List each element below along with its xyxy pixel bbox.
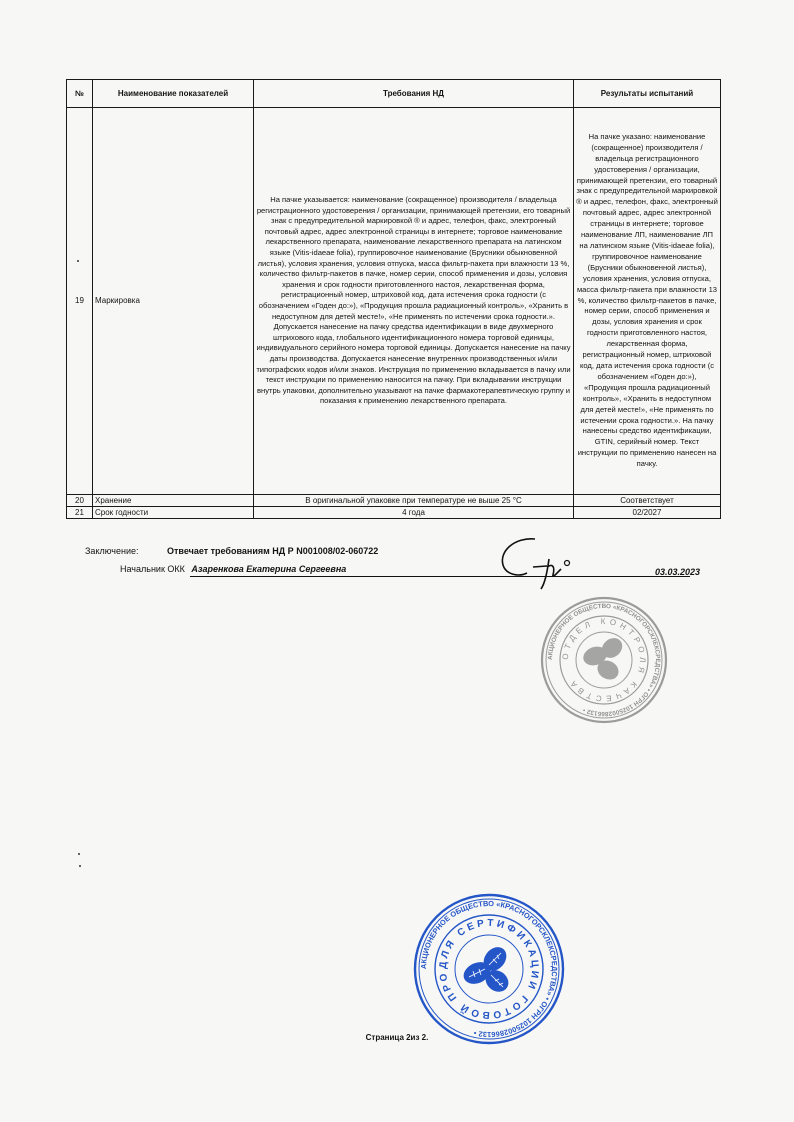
row-requirement: 4 года xyxy=(254,507,574,519)
row-name: Срок годности xyxy=(93,507,254,519)
header-requirement: Требования НД xyxy=(254,80,574,108)
row-name: Маркировка xyxy=(93,108,254,495)
certification-stamp: АКЦИОНЕРНОЕ ОБЩЕСТВО «КРАСНОГОРСКЛЕКСРЕД… xyxy=(413,893,565,1045)
row-num: 20 xyxy=(67,495,93,507)
table-row: 21 Срок годности 4 года 02/2027 xyxy=(67,507,721,519)
row-requirement: На пачке указывается: наименование (сокр… xyxy=(254,108,574,495)
conclusion: Заключение: Отвечает требованиям НД Р N0… xyxy=(85,546,378,556)
document-page: № Наименование показателей Требования НД… xyxy=(0,0,794,1122)
row-num: 21 xyxy=(67,507,93,519)
signature-date: 03.03.2023 xyxy=(655,567,700,577)
row-requirement: В оригинальной упаковке при температуре … xyxy=(254,495,574,507)
signatory-name: Азаренкова Екатерина Сергеевна xyxy=(191,564,346,574)
row-num: 19 xyxy=(67,108,93,495)
conclusion-label: Заключение: xyxy=(85,546,138,556)
conclusion-text: Отвечает требованиям НД Р N001008/02-060… xyxy=(167,546,378,556)
scan-speck xyxy=(77,260,79,262)
page-number: Страница 2из 2. xyxy=(0,1033,794,1042)
test-results-table: № Наименование показателей Требования НД… xyxy=(66,79,721,519)
table-row: 20 Хранение В оригинальной упаковке при … xyxy=(67,495,721,507)
signature-line xyxy=(190,576,690,577)
table-row: 19 Маркировка На пачке указывается: наим… xyxy=(67,108,721,495)
table-header-row: № Наименование показателей Требования НД… xyxy=(67,80,721,108)
header-result: Результаты испытаний xyxy=(574,80,721,108)
header-name: Наименование показателей xyxy=(93,80,254,108)
row-result: 02/2027 xyxy=(574,507,721,519)
header-num: № xyxy=(67,80,93,108)
scan-speck xyxy=(78,853,80,855)
scan-speck xyxy=(79,865,81,867)
qc-department-stamp: АКЦИОНЕРНОЕ ОБЩЕСТВО «КРАСНОГОРСКЛЕКСРЕД… xyxy=(540,596,668,724)
handwritten-signature xyxy=(495,533,585,593)
signatory: Начальник ОКК Азаренкова Екатерина Серге… xyxy=(120,564,346,574)
row-result: На пачке указано: наименование (сокращен… xyxy=(574,108,721,495)
row-name: Хранение xyxy=(93,495,254,507)
row-result: Соответствует xyxy=(574,495,721,507)
signatory-title: Начальник ОКК xyxy=(120,564,185,574)
